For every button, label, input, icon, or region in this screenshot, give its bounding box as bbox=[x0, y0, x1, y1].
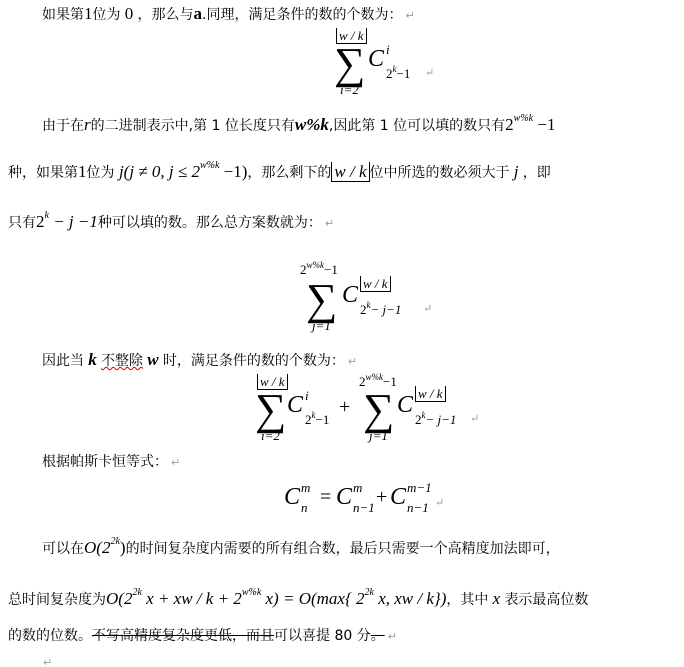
plus-sign: + bbox=[376, 486, 387, 509]
equation-sum-2: 2w%k−1 ∑ j=1 C w / k 2k− j−1 ↵ bbox=[296, 262, 446, 337]
sum-lower-limit: j=1 bbox=[312, 318, 331, 334]
equation-sum-combined: w / k ∑ i=2 C i 2k−1 + 2w%k−1 ∑ j=1 C w … bbox=[255, 374, 475, 450]
text: 因此当 bbox=[42, 353, 84, 369]
text: ，其中 bbox=[446, 592, 488, 608]
combination-subscript: 2k−1 bbox=[305, 412, 329, 428]
paragraph-mark-icon: ↵ bbox=[405, 9, 414, 22]
paragraph-2: 由于在r的二进制表示中,第 1 位长度只有w%k,因此第 1 位可以填的数只有2… bbox=[42, 115, 555, 138]
text: 总时间复杂度为 bbox=[8, 592, 106, 608]
left-sum-lower-limit: i=2 bbox=[261, 428, 280, 444]
sum-lower-limit: i=2 bbox=[340, 82, 359, 98]
math-expression: − j −1 bbox=[49, 212, 98, 231]
text: 的数的位数。 bbox=[8, 628, 92, 644]
strikethrough-text: 。 bbox=[371, 628, 385, 644]
subscript: n−1 bbox=[407, 500, 429, 516]
paragraph-mark-icon: ↵ bbox=[388, 630, 397, 643]
math-big-o: O(2 bbox=[84, 538, 110, 557]
combination-symbol: C bbox=[397, 392, 413, 419]
text: 种可以填的数。那么总方案数就为： bbox=[98, 215, 322, 231]
text: ，即 bbox=[523, 165, 551, 181]
math-var-x: x bbox=[488, 589, 504, 608]
combination-symbol: C bbox=[284, 484, 300, 511]
subscript: n bbox=[301, 500, 308, 516]
combination-symbol: C bbox=[390, 484, 406, 511]
math-exponent: 2k bbox=[365, 587, 374, 598]
text: ，那么剩下的 bbox=[247, 165, 331, 181]
text: 位中所选的数必须大于 bbox=[370, 165, 510, 181]
right-sum-lower-limit: j=1 bbox=[369, 428, 388, 444]
paragraph-mark-icon: ↵ bbox=[325, 217, 334, 230]
sigma-icon: ∑ bbox=[255, 388, 286, 432]
text: 如果第 bbox=[42, 7, 84, 23]
text: 种，如果第 bbox=[8, 165, 78, 181]
math-w-mod-k: w%k bbox=[295, 115, 329, 134]
text: 位为 bbox=[93, 7, 121, 23]
text: ,因此第 1 位可以填的数只有 bbox=[329, 118, 505, 134]
math-text: −1) bbox=[219, 162, 247, 181]
spellcheck-text: 不整除 bbox=[101, 353, 143, 369]
combination-subscript: 2k− j−1 bbox=[360, 302, 401, 318]
math-number: 1 bbox=[84, 4, 93, 23]
math-expression: x + xw / k + 2 bbox=[142, 589, 242, 608]
paragraph-3: 种，如果第1位为 j(j ≠ 0, j ≤ 2w%k −1)，那么剩下的w / … bbox=[8, 162, 551, 185]
paragraph-mark-icon: ↵ bbox=[470, 412, 479, 425]
equation-sum-1: w / k ∑ i=2 C i 2k−1 ↵ bbox=[330, 28, 440, 98]
math-var-k: k bbox=[84, 350, 101, 369]
math-exponent: 2k bbox=[132, 587, 141, 598]
math-exponent: k bbox=[45, 210, 49, 221]
combination-subscript: 2k− j−1 bbox=[415, 412, 456, 428]
math-bold-a: a bbox=[194, 4, 203, 23]
paragraph-5: 因此当 k 不整除 w 时，满足条件的数的个数为：↵ bbox=[42, 350, 357, 372]
math-exponent: 2k bbox=[110, 536, 119, 547]
math-exponent: w%k bbox=[242, 587, 261, 598]
strikethrough-text: 不写高精度复杂度更低，而且 bbox=[92, 628, 274, 644]
math-expression: O(2 bbox=[106, 589, 132, 608]
text: 的二进制表示中,第 1 位长度只有 bbox=[91, 118, 295, 134]
paragraph-7: 可以在O(22k)的时间复杂度内需要的所有组合数，最后只需要一个高精度加法即可， bbox=[42, 538, 560, 561]
text: 由于在 bbox=[42, 118, 84, 134]
combination-subscript: 2k−1 bbox=[386, 66, 410, 82]
text: 位为 bbox=[87, 165, 115, 181]
paragraph-mark-icon: ↵ bbox=[171, 456, 180, 469]
equals-sign: = bbox=[320, 486, 331, 509]
math-number: 0 bbox=[121, 4, 138, 23]
paragraph-mark-icon: ↵ bbox=[43, 656, 52, 667]
math-text: −1 bbox=[533, 115, 555, 134]
text: 表示最高位数 bbox=[504, 592, 588, 608]
superscript: m−1 bbox=[407, 480, 432, 496]
paragraph-mark-icon: ↵ bbox=[435, 496, 444, 509]
paragraph-9: 的数的位数。不写高精度复杂度更低，而且可以喜提 80 分。↵ bbox=[8, 626, 397, 647]
combination-superscript: w / k bbox=[360, 276, 391, 292]
combination-superscript: w / k bbox=[415, 386, 446, 402]
math-condition: j(j ≠ 0, j ≤ 2 bbox=[119, 162, 200, 181]
math-number: 2 bbox=[36, 212, 45, 231]
text: 可以在 bbox=[42, 541, 84, 557]
math-var-r: r bbox=[84, 115, 91, 134]
math-floor-w-over-k: w / k bbox=[331, 162, 369, 182]
combination-symbol: C bbox=[287, 392, 303, 419]
sigma-icon: ∑ bbox=[363, 388, 394, 432]
paragraph-1: 如果第1位为 0 ，那么与a.同理，满足条件的数的个数为：↵ bbox=[42, 4, 415, 26]
sigma-icon: ∑ bbox=[334, 42, 365, 86]
combination-symbol: C bbox=[368, 46, 384, 73]
math-number: 2 bbox=[505, 115, 514, 134]
text: ，那么与 bbox=[138, 7, 194, 23]
equation-pascal-identity: C m n = C m n−1 + C m−1 n−1 ↵ bbox=[284, 478, 444, 518]
text: 的时间复杂度内需要的所有组合数，最后只需要一个高精度加法即可， bbox=[126, 541, 560, 557]
text: .同理，满足条件的数的个数为： bbox=[202, 7, 402, 23]
plus-sign: + bbox=[339, 396, 350, 419]
paragraph-mark-icon: ↵ bbox=[425, 66, 434, 79]
math-number: 1 bbox=[78, 162, 87, 181]
subscript: n−1 bbox=[353, 500, 375, 516]
text: 时，满足条件的数的个数为： bbox=[163, 353, 345, 369]
paragraph-8: 总时间复杂度为O(22k x + xw / k + 2w%k x) = O(ma… bbox=[8, 589, 588, 612]
combination-symbol: C bbox=[336, 484, 352, 511]
sigma-icon: ∑ bbox=[306, 278, 337, 322]
combination-superscript: i bbox=[386, 42, 390, 58]
combination-superscript: i bbox=[305, 388, 309, 404]
math-var-w: w bbox=[143, 350, 163, 369]
strikethrough-grammar-text: 可以喜提 80 分 bbox=[274, 628, 371, 644]
math-exponent: w%k bbox=[514, 113, 533, 124]
paragraph-mark-icon: ↵ bbox=[348, 355, 357, 368]
math-expression: x, xw / k}) bbox=[374, 589, 446, 608]
superscript: m bbox=[353, 480, 362, 496]
paragraph-4: 只有2k − j −1种可以填的数。那么总方案数就为：↵ bbox=[8, 212, 334, 235]
paragraph-mark-icon: ↵ bbox=[423, 302, 432, 315]
math-exponent: w%k bbox=[200, 160, 219, 171]
paragraph-6: 根据帕斯卡恒等式：↵ bbox=[42, 452, 180, 473]
text: 只有 bbox=[8, 215, 36, 231]
math-var-j: j bbox=[510, 162, 523, 181]
superscript: m bbox=[301, 480, 310, 496]
math-expression: x) = O(max{ 2 bbox=[261, 589, 364, 608]
empty-paragraph: ↵ bbox=[40, 652, 52, 667]
text: 根据帕斯卡恒等式： bbox=[42, 454, 168, 470]
combination-symbol: C bbox=[342, 282, 358, 309]
